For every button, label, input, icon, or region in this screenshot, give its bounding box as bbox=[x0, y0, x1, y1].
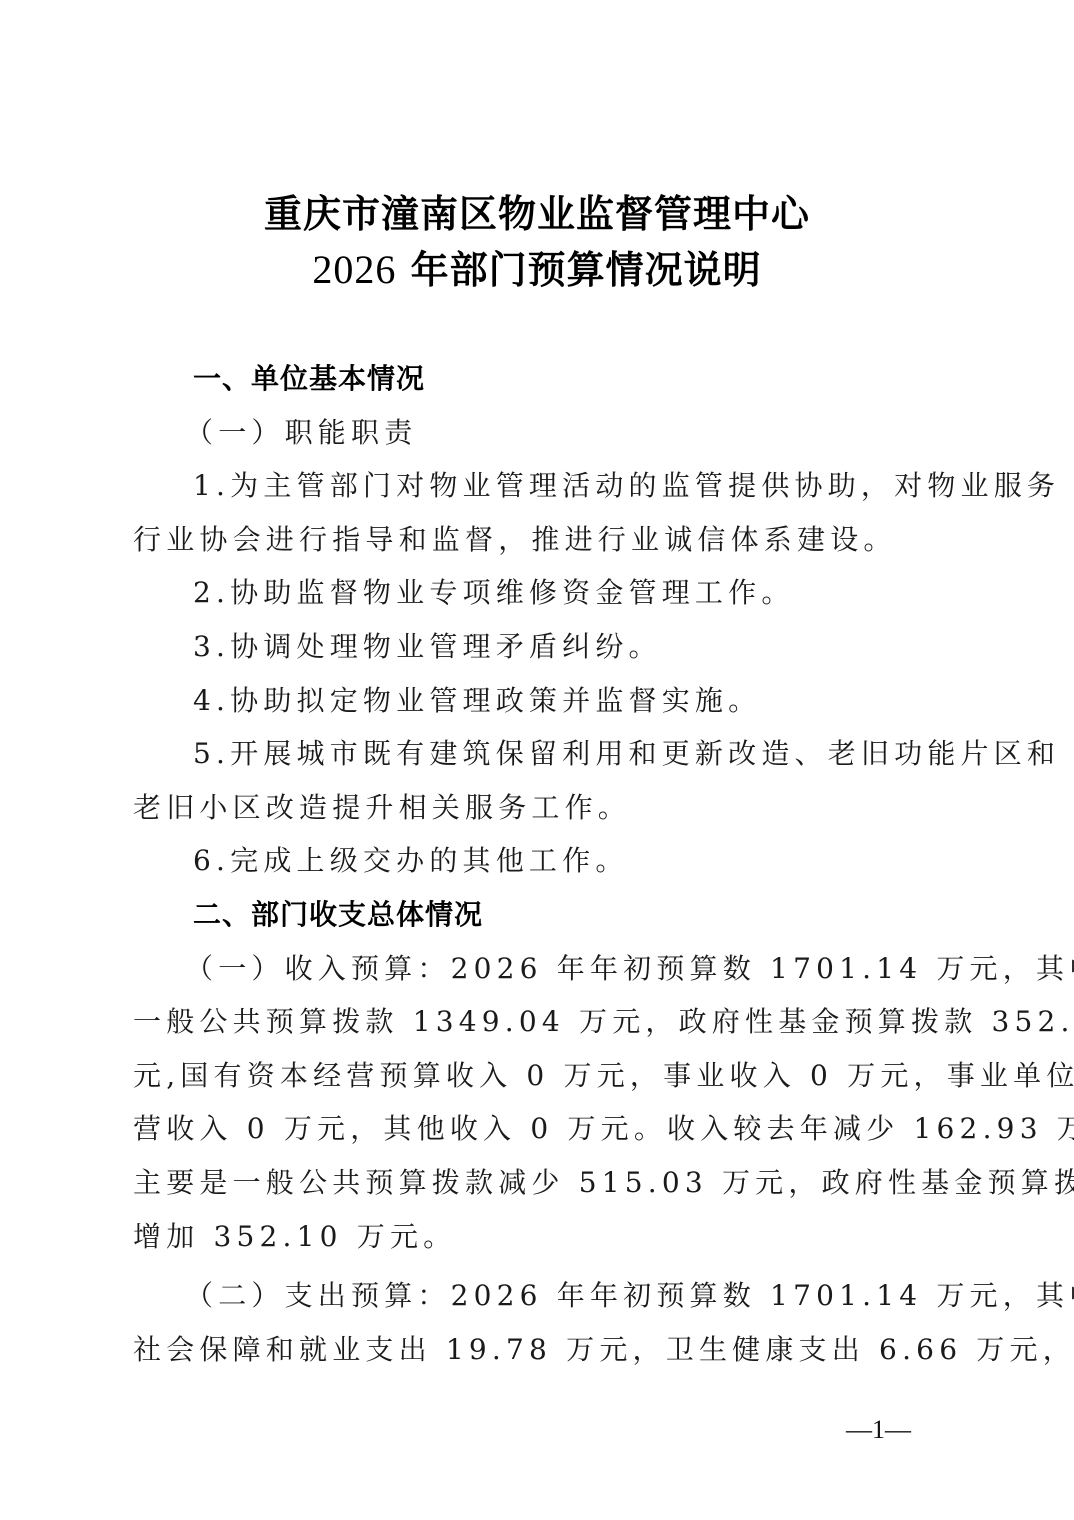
income-para-line-2: 一般公共预算拨款 1349.04 万元，政府性基金预算拨款 352.10 万 bbox=[133, 995, 945, 1049]
duty-item-3: 3.协调处理物业管理矛盾纠纷。 bbox=[133, 620, 945, 674]
section-heading-2: 二、部门收支总体情况 bbox=[133, 888, 945, 942]
duty-item-2: 2.协助监督物业专项维修资金管理工作。 bbox=[133, 566, 945, 620]
income-para-line-3: 元,国有资本经营预算收入 0 万元，事业收入 0 万元，事业单位经 bbox=[133, 1049, 945, 1103]
expense-para-line-2: 社会保障和就业支出 19.78 万元，卫生健康支出 6.66 万元，城乡 bbox=[133, 1323, 945, 1377]
income-para-line-5: 主要是一般公共预算拨款减少 515.03 万元，政府性基金预算拨款 bbox=[133, 1156, 945, 1210]
income-para-line-1: （一）收入预算：2026 年年初预算数 1701.14 万元，其中： bbox=[133, 942, 945, 996]
income-para-line-6: 增加 352.10 万元。 bbox=[133, 1210, 945, 1264]
document-title: 重庆市潼南区物业监督管理中心 2026 年部门预算情况说明 bbox=[0, 186, 1074, 298]
section-heading-1: 一、单位基本情况 bbox=[133, 352, 945, 406]
duty-item-5-line-2: 老旧小区改造提升相关服务工作。 bbox=[133, 781, 945, 835]
title-rest: 年部门预算情况说明 bbox=[411, 247, 762, 292]
document-page: 重庆市潼南区物业监督管理中心 2026 年部门预算情况说明 一、单位基本情况 （… bbox=[0, 0, 1074, 1520]
duty-item-1-line-2: 行业协会进行指导和监督，推进行业诚信体系建设。 bbox=[133, 513, 945, 567]
title-line-2: 2026 年部门预算情况说明 bbox=[0, 242, 1074, 298]
duty-item-1-line-1: 1.为主管部门对物业管理活动的监管提供协助，对物业服务 bbox=[133, 459, 945, 513]
page-number: —1— bbox=[846, 1412, 911, 1448]
title-line-1: 重庆市潼南区物业监督管理中心 bbox=[0, 186, 1074, 242]
income-para-line-4: 营收入 0 万元，其他收入 0 万元。收入较去年减少 162.93 万元， bbox=[133, 1102, 945, 1156]
duty-item-6: 6.完成上级交办的其他工作。 bbox=[133, 834, 945, 888]
duty-item-4: 4.协助拟定物业管理政策并监督实施。 bbox=[133, 674, 945, 728]
document-body: 一、单位基本情况 （一）职能职责 1.为主管部门对物业管理活动的监管提供协助，对… bbox=[133, 352, 945, 1376]
title-year: 2026 bbox=[312, 247, 396, 292]
subheading-duties: （一）职能职责 bbox=[133, 406, 945, 460]
expense-para-line-1: （二）支出预算：2026 年年初预算数 1701.14 万元，其中： bbox=[133, 1269, 945, 1323]
duty-item-5-line-1: 5.开展城市既有建筑保留利用和更新改造、老旧功能片区和 bbox=[133, 727, 945, 781]
